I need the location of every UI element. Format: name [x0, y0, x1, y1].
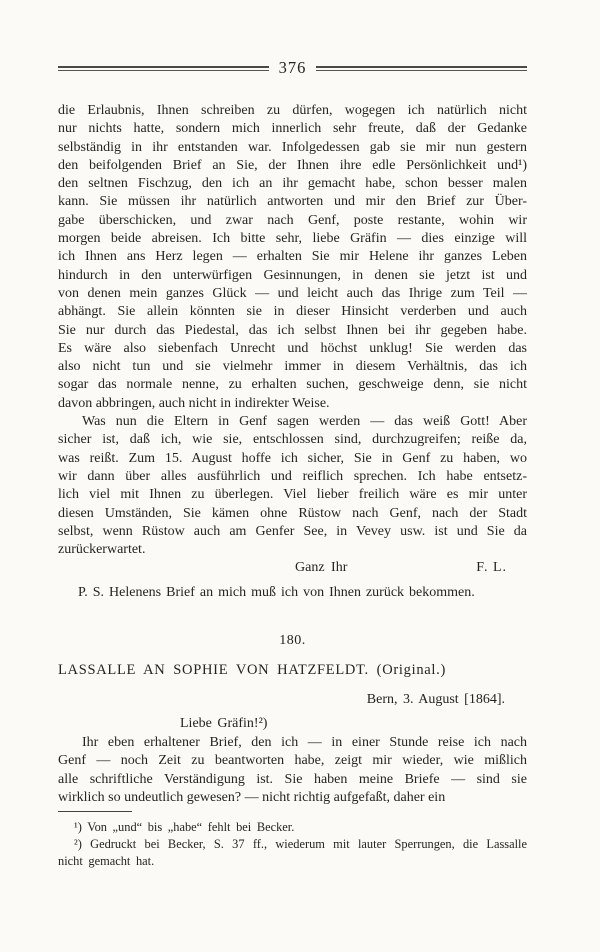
letter-179-paragraph-1: die Erlaubnis, Ihnen schreiben zu dürfen…: [58, 102, 527, 413]
text-line: ¹) Von „und“ bis „habe“ fehlt bei Becker…: [58, 819, 527, 836]
text-line: selbst, wenn Rüstow auch am Genfer See, …: [58, 523, 527, 541]
footnote-2: ²) Gedruckt bei Becker, S. 37 ff., wiede…: [58, 836, 527, 870]
page-header: 376: [58, 58, 527, 78]
text-line: Was nun die Eltern in Genf sagen werden …: [58, 413, 527, 431]
text-line: sogar das normale nenne, zu erhalten suc…: [58, 376, 527, 394]
book-page: 376 die Erlaubnis, Ihnen schreiben zu dü…: [0, 0, 600, 952]
text-line: nicht gemacht hat.: [58, 853, 527, 870]
text-line: zurückerwartet.: [58, 541, 527, 559]
text-line: davon abbringen, auch nicht in indirekte…: [58, 395, 527, 413]
text-line: ²) Gedruckt bei Becker, S. 37 ff., wiede…: [58, 836, 527, 853]
footnotes: ¹) Von „und“ bis „habe“ fehlt bei Becker…: [58, 811, 527, 870]
footnote-separator-rule: [58, 811, 132, 812]
letter-number: 180.: [58, 632, 527, 650]
text-line: den seltnen Fischzug, den ich an ihr gem…: [58, 175, 527, 193]
text-line: Sie nur durch das Piedestal, das ich sel…: [58, 322, 527, 340]
text-line: die Erlaubnis, Ihnen schreiben zu dürfen…: [58, 102, 527, 120]
text-line: was reißt. Zum 15. August hoffe ich sich…: [58, 450, 527, 468]
footnote-1: ¹) Von „und“ bis „habe“ fehlt bei Becker…: [58, 819, 527, 836]
text-line: den beifolgenden Brief an Sie, der Ihnen…: [58, 157, 527, 175]
text-line: von denen mein ganzes Glück — und leicht…: [58, 285, 527, 303]
letter-closing: Ganz Ihr F. L.: [58, 559, 527, 578]
postscript: P. S. Helenens Brief an mich muß ich von…: [58, 584, 527, 602]
letter-179-paragraph-2: Was nun die Eltern in Genf sagen werden …: [58, 413, 527, 559]
header-rule-left: [58, 66, 269, 71]
letter-heading: LASSALLE AN SOPHIE VON HATZFELDT. (Origi…: [58, 661, 527, 679]
text-line: Es wäre also siebenfach Unrecht und höch…: [58, 340, 527, 358]
text-line: wir dann über alles ausführlich und reif…: [58, 468, 527, 486]
header-rule-right: [316, 66, 527, 71]
text-line: alle schriftliche Verständigung ist. Sie…: [58, 771, 527, 789]
text-line: kann. Sie müssen ihr natürlich antworten…: [58, 193, 527, 211]
text-line: nur nichts hatte, sondern mich innerlich…: [58, 120, 527, 138]
text-line: hindurch in den unterwürfigen Gesinnunge…: [58, 267, 527, 285]
text-line: abhängt. Sie allein könnten sie in diese…: [58, 303, 527, 321]
salutation: Liebe Gräfin!²): [58, 715, 527, 733]
text-line: also nicht tun und sie vielmehr immer in…: [58, 358, 527, 376]
text-line: ich Ihnen ans Herz legen — erhalten Sie …: [58, 248, 527, 266]
text-line: wirklich so undeutlich gewesen? — nicht …: [58, 789, 527, 807]
text-line: diesen Umständen, Sie kämen ohne Rüstow …: [58, 505, 527, 523]
letter-180-paragraph-1: Ihr eben erhaltener Brief, den ich — in …: [58, 734, 527, 807]
dateline: Bern, 3. August [1864].: [58, 691, 527, 709]
text-line: sicher ist, daß ich, wie sie, entschloss…: [58, 431, 527, 449]
page-number: 376: [269, 58, 317, 78]
text-block: die Erlaubnis, Ihnen schreiben zu dürfen…: [58, 102, 527, 870]
text-line: gabe überschicken, und zwar nach Genf, p…: [58, 212, 527, 230]
text-line: selbständig in ihr entstanden war. Infol…: [58, 139, 527, 157]
closing-phrase: Ganz Ihr: [295, 559, 347, 577]
text-line: Genf — noch Zeit zu beantworten habe, ze…: [58, 752, 527, 770]
closing-initials: F. L.: [476, 559, 507, 577]
text-line: morgen beide abreisen. Ich bitte sehr, l…: [58, 230, 527, 248]
text-line: lich viel mit Ihnen zu überlegen. Viel l…: [58, 486, 527, 504]
text-line: Ihr eben erhaltener Brief, den ich — in …: [58, 734, 527, 752]
